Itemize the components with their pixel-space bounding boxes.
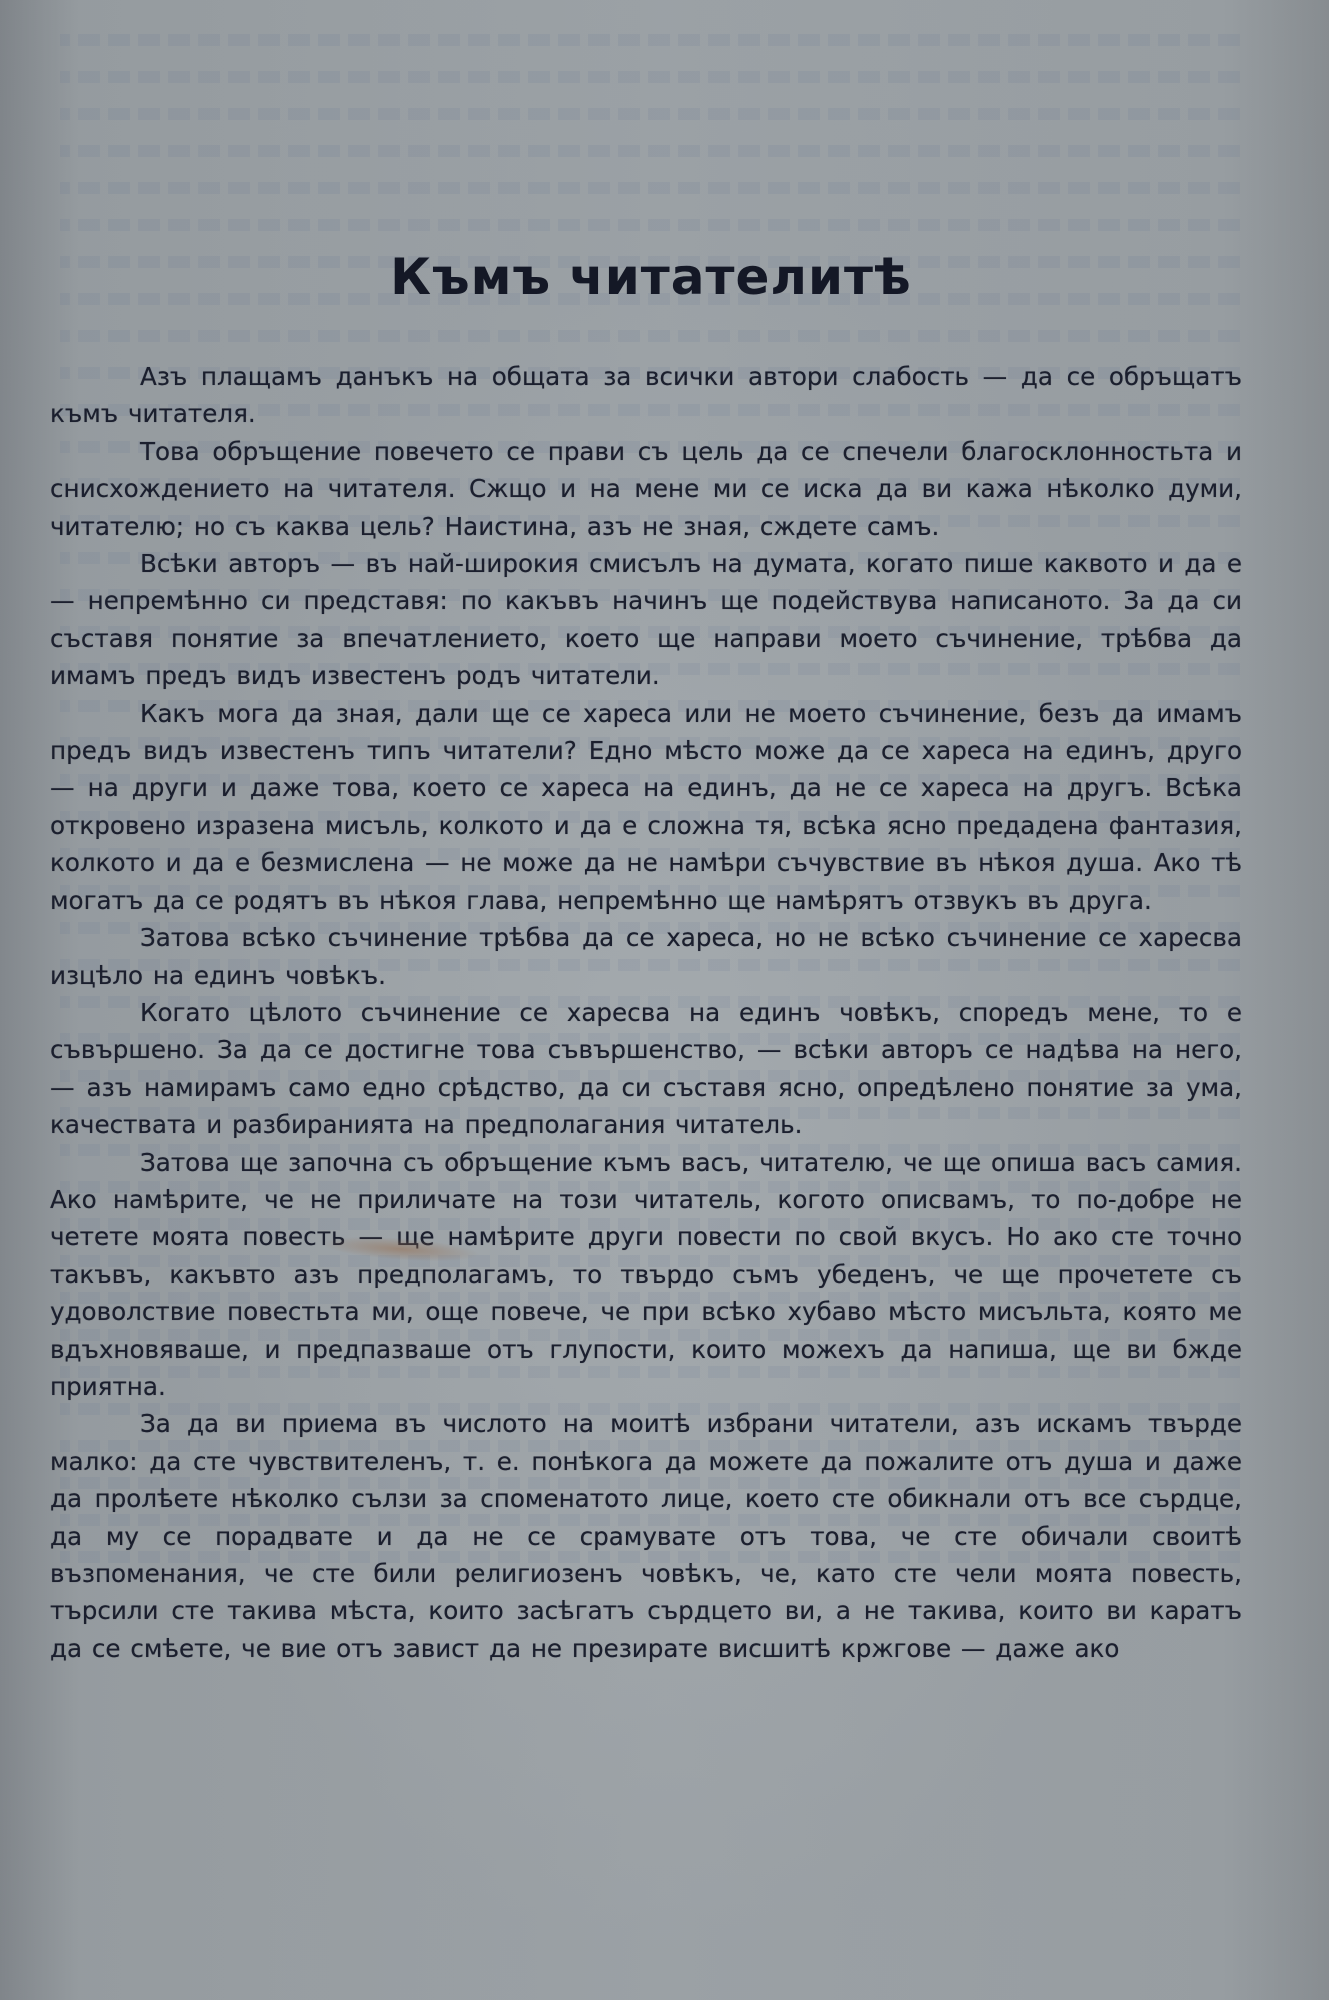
page-content: Къмъ читателитѣ Азъ плащамъ данъкъ на об… <box>50 248 1242 1667</box>
paragraph: Това обръщение повечето се прави съ цель… <box>50 433 1242 545</box>
paragraph: За да ви приема въ числото на моитѣ избр… <box>50 1405 1242 1667</box>
chapter-title: Къмъ читателитѣ <box>50 248 1242 306</box>
paragraph: Затова ще започна съ обръщение къмъ васъ… <box>50 1144 1242 1406</box>
paragraph: Азъ плащамъ данъкъ на общата за всички а… <box>50 358 1242 433</box>
paragraph: Какъ мога да зная, дали ще се хареса или… <box>50 695 1242 919</box>
paragraph: Всѣки авторъ — въ най-широкия смисълъ на… <box>50 545 1242 695</box>
paragraph: Затова всѣко съчинение трѣбва да се харе… <box>50 919 1242 994</box>
paragraph: Когато цѣлото съчинение се харесва на ед… <box>50 994 1242 1144</box>
book-page: Къмъ читателитѣ Азъ плащамъ данъкъ на об… <box>0 0 1329 2000</box>
body-text: Азъ плащамъ данъкъ на общата за всички а… <box>50 358 1242 1667</box>
